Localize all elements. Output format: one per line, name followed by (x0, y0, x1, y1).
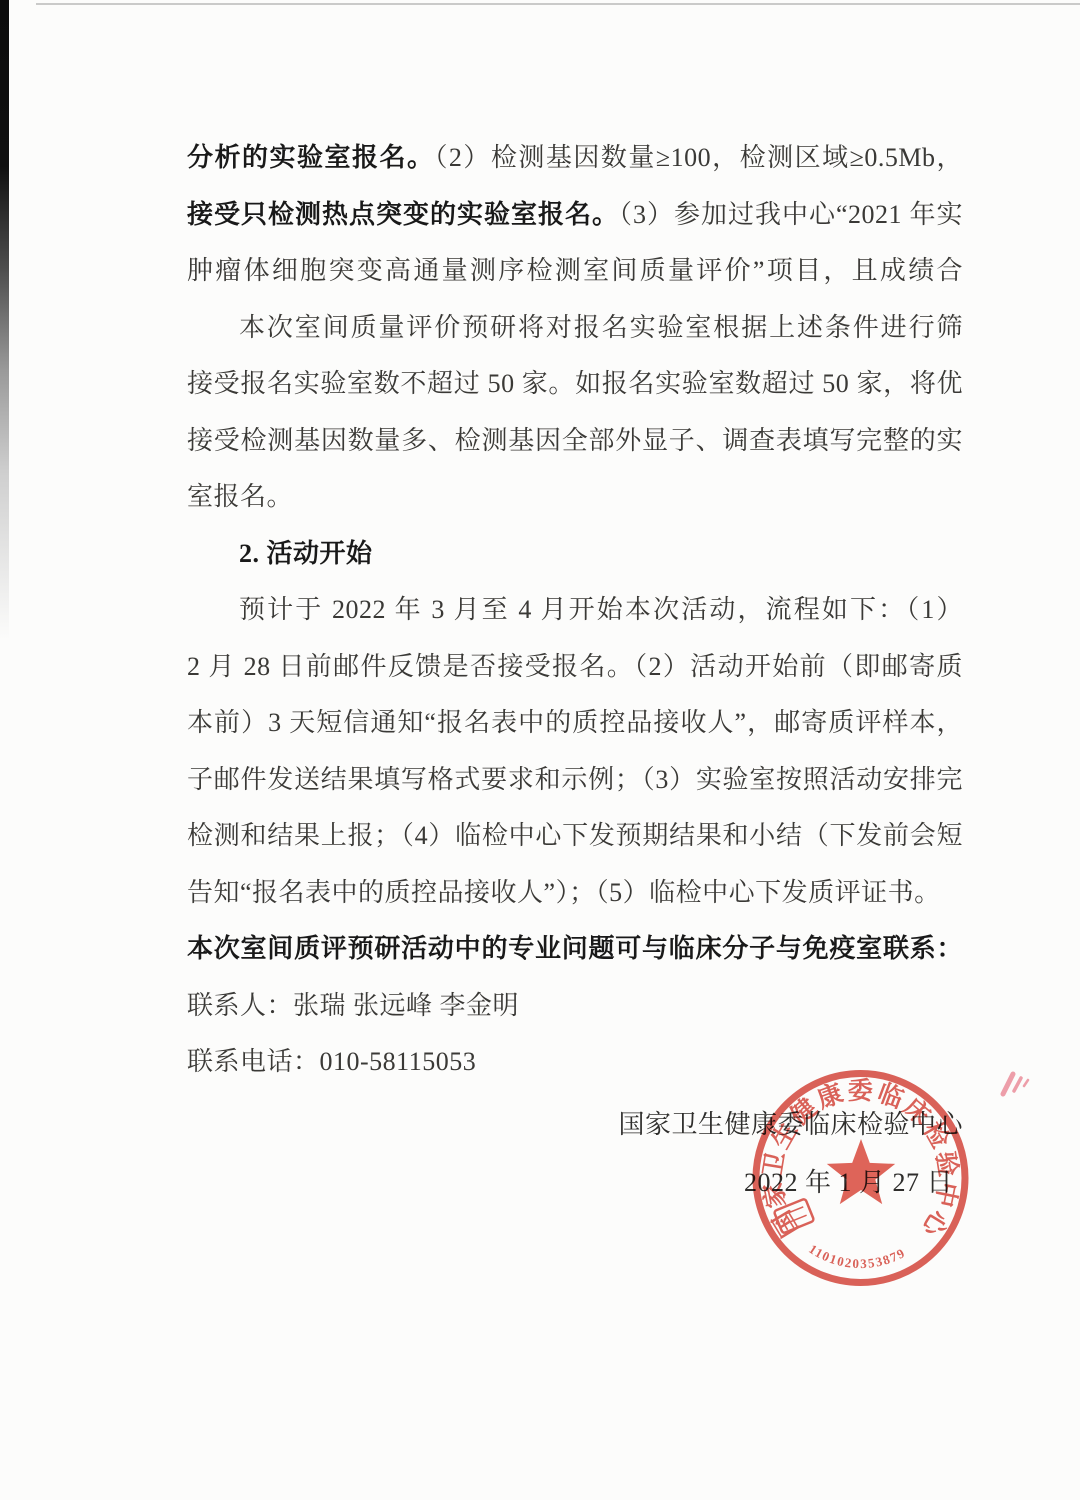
text-line: 室报名。 (187, 469, 963, 526)
bold-text-segment: 本次室间质评预研活动中的专业问题可与临床分子与免疫室联系： (187, 934, 963, 963)
text-line: 2 月 28 日前邮件反馈是否接受报名。（2）活动开始前（即邮寄质评样 (187, 639, 963, 696)
text-segment: 联系人：张瑞 张远峰 李金明 (187, 991, 519, 1020)
text-line: 接受只检测热点突变的实验室报名。（3）参加过我中心“2021 年实体 (187, 187, 963, 244)
text-line: 子邮件发送结果填写格式要求和示例；（3）实验室按照活动安排完成 (187, 752, 963, 809)
text-line: 告知“报名表中的质控品接收人”）；（5）临检中心下发质评证书。 (187, 865, 963, 922)
text-segment: 室报名。 (187, 482, 293, 511)
text-line: 预计于 2022 年 3 月至 4 月开始本次活动，流程如下：（1）2022 年 (187, 582, 963, 639)
stamp-star-icon (827, 1139, 895, 1204)
text-segment: （2）检测基因数量≥100，检测区域≥0.5Mb， (434, 143, 963, 172)
text-line: 本次室间质量评价预研将对报名实验室根据上述条件进行筛选， (187, 300, 963, 357)
text-segment: 本次室间质量评价预研将对报名实验室根据上述条件进行筛选， (187, 313, 963, 357)
text-line: 检测和结果上报；（4）临检中心下发预期结果和小结（下发前会短信 (187, 808, 963, 865)
text-line: 联系人：张瑞 张远峰 李金明 (187, 978, 963, 1035)
text-segment: 2 月 28 日前邮件反馈是否接受报名。（2）活动开始前（即邮寄质评样 (187, 652, 963, 696)
official-stamp: 国家卫生健康委临床检验中心 1101020353879 (735, 1050, 1045, 1310)
red-ink-mark (1003, 1074, 1028, 1094)
text-segment: 检测和结果上报；（4）临检中心下发预期结果和小结（下发前会短信 (187, 821, 963, 865)
text-line: 接受检测基因数量多、检测基因全部外显子、调查表填写完整的实验 (187, 413, 963, 470)
text-line: 分析的实验室报名。（2）检测基因数量≥100，检测区域≥0.5Mb，不 (187, 130, 963, 187)
text-segment: 预计于 2022 年 3 月至 4 月开始本次活动，流程如下：（1）2022 年 (187, 595, 963, 639)
bold-text-segment: 2. 活动开始 (239, 539, 373, 568)
text-line: 2. 活动开始 (187, 526, 963, 583)
bold-text-segment: 接受只检测热点突变的实验室报名。 (187, 200, 619, 229)
text-line: 肿瘤体细胞突变高通量测序检测室间质量评价”项目，且成绩合格。 (187, 243, 963, 300)
scan-edge-left (0, 0, 9, 640)
text-segment: 接受检测基因数量多、检测基因全部外显子、调查表填写完整的实验 (187, 426, 963, 470)
text-segment: 肿瘤体细胞突变高通量测序检测室间质量评价”项目，且成绩合格。 (187, 256, 963, 300)
text-line: 接受报名实验室数不超过 50 家。如报名实验室数超过 50 家，将优先 (187, 356, 963, 413)
body-text: 分析的实验室报名。（2）检测基因数量≥100，检测区域≥0.5Mb，不接受只检测… (187, 130, 963, 1091)
text-line: 本次室间质评预研活动中的专业问题可与临床分子与免疫室联系： (187, 921, 963, 978)
text-segment: 接受报名实验室数不超过 50 家。如报名实验室数超过 50 家，将优先 (187, 369, 963, 413)
text-line: 本前）3 天短信通知“报名表中的质控品接收人”，邮寄质评样本，电 (187, 695, 963, 752)
bold-text-segment: 分析的实验室报名。 (187, 143, 434, 172)
stamp-serial: 1101020353879 (806, 1241, 908, 1271)
scan-edge-top (36, 3, 1080, 5)
text-segment: 告知“报名表中的质控品接收人”）；（5）临检中心下发质评证书。 (187, 878, 941, 907)
scanned-document-page: { "page": { "background": "#fcfcfb", "te… (0, 0, 1080, 1500)
svg-text:1101020353879: 1101020353879 (806, 1241, 908, 1271)
text-segment: 子邮件发送结果填写格式要求和示例；（3）实验室按照活动安排完成 (187, 765, 963, 809)
text-segment: 联系电话：010-58115053 (187, 1047, 476, 1076)
text-segment: 本前）3 天短信通知“报名表中的质控品接收人”，邮寄质评样本，电 (187, 708, 963, 752)
